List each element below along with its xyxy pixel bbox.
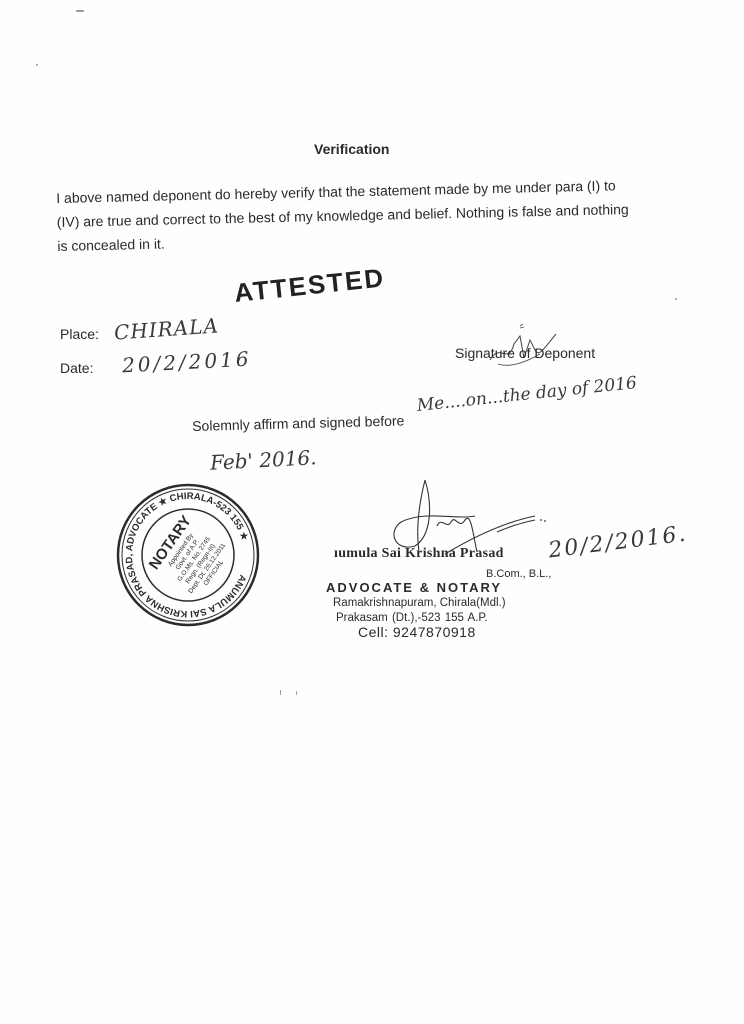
notary-name: ıumula Sai Krishna Prasad <box>334 546 504 562</box>
scan-speck <box>76 10 84 12</box>
notary-seal-stamp: ANUMULA SAI KRISHNA PRASAD, ADVOCATE ★ C… <box>114 482 262 628</box>
notary-title: ADVOCATE & NOTARY <box>326 580 502 595</box>
notary-cell-number: Cell: 9247870918 <box>358 624 476 640</box>
date-label: Date: <box>60 360 93 376</box>
notary-date-handwritten: 20/2/2016. <box>547 522 689 564</box>
place-value-handwritten: CHIRALA <box>113 313 219 344</box>
scan-speck <box>36 64 38 66</box>
affirmation-handwritten-line1: Me....on...the day of 2016 <box>416 373 638 416</box>
notary-signature-scribble <box>385 476 555 556</box>
verification-paragraph: I above named deponent do hereby verify … <box>56 172 677 258</box>
notary-address-line2: Prakasam (Dt.),-523 155 A.P. <box>336 612 488 624</box>
scan-speck <box>296 691 297 695</box>
page-title: Verification <box>314 141 389 157</box>
scan-speck <box>675 298 677 300</box>
scan-speck <box>280 690 281 695</box>
date-value-handwritten: 20/2/2016 <box>121 347 252 378</box>
scanned-document-page: Verification I above named deponent do h… <box>0 0 744 1024</box>
notary-degrees: B.Com., B.L., <box>486 568 551 580</box>
affirmation-text: Solemnly affirm and signed before <box>192 412 405 434</box>
affirmation-handwritten-line2: Feb' 2016. <box>209 445 317 475</box>
signature-of-deponent-label: Signature of Deponent <box>455 345 595 361</box>
notary-address-line1: Ramakrishnapuram, Chirala(Mdl.) <box>333 597 506 609</box>
attested-stamp: ATTESTED <box>233 262 387 309</box>
place-label: Place: <box>60 326 99 342</box>
